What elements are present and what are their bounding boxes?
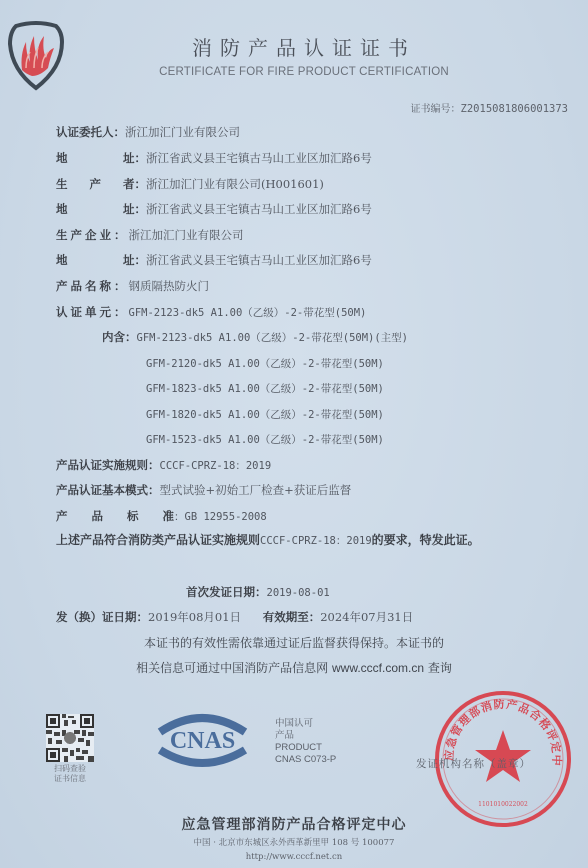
- certificate-subtitle: CERTIFICATE FOR FIRE PRODUCT CERTIFICATI…: [0, 66, 588, 78]
- certificate-page: 消防产品认证证书 CERTIFICATE FOR FIRE PRODUCT CE…: [0, 0, 588, 868]
- issue-valid-dates: 发（换）证日期：2019年08月01日 有效期至：2024年07月31日: [56, 609, 413, 625]
- field-enterprise-address: 地址：浙江省武义县王宅镇古马山工业区加汇路6号: [56, 252, 372, 268]
- issuer-name: 应急管理部消防产品合格评定中心: [0, 814, 588, 834]
- unit-contains-row: 内含：GFM-2123-dk5 A1.00（乙级）-2-带花型(50M)(主型): [102, 329, 408, 346]
- notice-line-1: 本证书的有效性需依靠通过证后监督获得保持。本证书的: [0, 634, 588, 651]
- notice-line-2: 相关信息可通过中国消防产品信息网 www.cccf.com.cn 查询: [0, 659, 588, 676]
- qr-caption: 扫码查验 证书信息: [46, 764, 94, 784]
- field-certification-unit: 认证单元：GFM-2123-dk5 A1.00（乙级）-2-带花型(50M): [56, 304, 366, 321]
- field-applicant-address: 地址：浙江省武义县王宅镇古马山工业区加汇路6号: [56, 150, 372, 166]
- field-certification-mode: 产品认证基本模式：型式试验+初始工厂检查+获证后监督: [56, 482, 351, 498]
- svg-text:1101010022002: 1101010022002: [478, 801, 528, 808]
- field-production-enterprise: 生产企业：浙江加汇门业有限公司: [56, 227, 244, 243]
- cnas-logo-icon: CNAS: [150, 710, 255, 770]
- field-product-name: 产品名称：钢质隔热防火门: [56, 278, 209, 294]
- certificate-title: 消防产品认证证书: [0, 32, 588, 61]
- unit-model: GFM-1523-dk5 A1.00（乙级）-2-带花型(50M): [146, 431, 384, 448]
- certificate-number: 证书编号：Z2015081806001373: [411, 100, 568, 115]
- field-manufacturer-address: 地址：浙江省武义县王宅镇古马山工业区加汇路6号: [56, 201, 372, 217]
- unit-model: GFM-2120-dk5 A1.00（乙级）-2-带花型(50M): [146, 355, 384, 372]
- unit-model: GFM-1823-dk5 A1.00（乙级）-2-带花型(50M): [146, 380, 384, 397]
- cccf-link[interactable]: www.cccf.com.cn: [332, 661, 424, 675]
- unit-model: GFM-1820-dk5 A1.00（乙级）-2-带花型(50M): [146, 406, 384, 423]
- field-manufacturer: 生产者：浙江加汇门业有限公司(H001601): [56, 176, 324, 192]
- seal-label: 发证机构名称（盖章）: [416, 756, 531, 771]
- field-product-standard: 产品标准：GB 12955-2008: [56, 508, 267, 525]
- issuer-address: 中国 · 北京市东城区永外西革新里甲 108 号 100077: [0, 836, 588, 848]
- first-issue-date: 首次发证日期：2019-08-01: [186, 584, 330, 601]
- cnas-accreditation-text: 中国认可 产品 PRODUCT CNAS C073-P: [275, 718, 336, 766]
- compliance-statement: 上述产品符合消防类产品认证实施规则CCCF-CPRZ-18：2019的要求，特发…: [56, 528, 546, 553]
- issuer-url[interactable]: http://www.cccf.net.cn: [0, 852, 588, 862]
- field-applicant: 认证委托人：浙江加汇门业有限公司: [56, 124, 240, 140]
- field-implementation-rules: 产品认证实施规则：CCCF-CPRZ-18：2019: [56, 457, 271, 474]
- qr-code-icon[interactable]: [46, 714, 94, 762]
- svg-text:CNAS: CNAS: [170, 728, 235, 754]
